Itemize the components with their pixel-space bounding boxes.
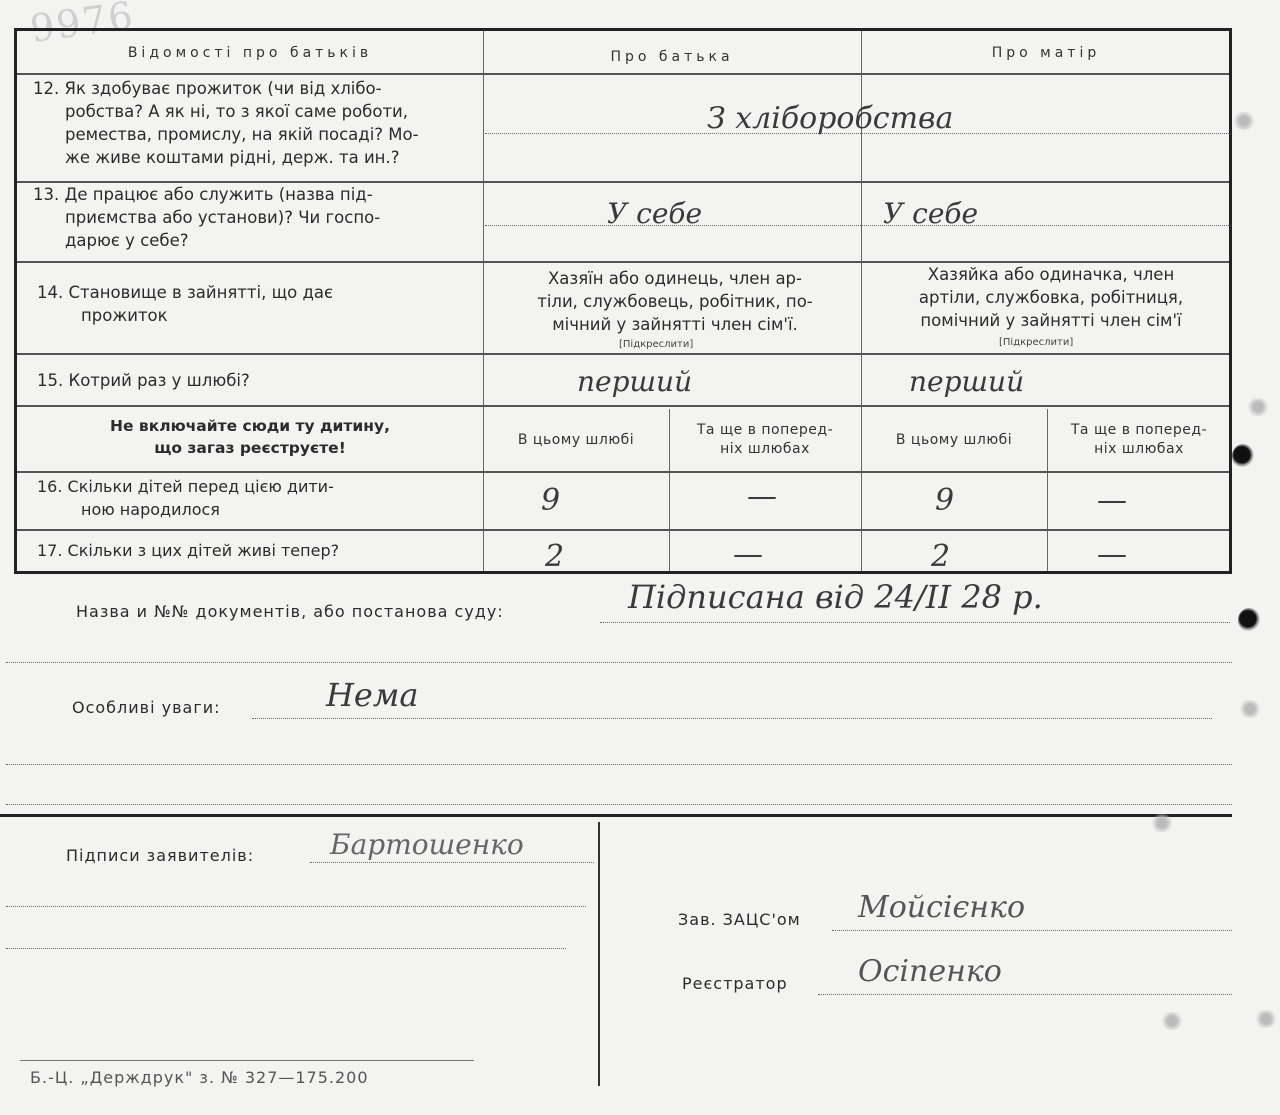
remarks-dotted-line bbox=[252, 718, 1212, 719]
question-12: 12. Як здобуває прожиток (чи від хлібо- … bbox=[33, 77, 419, 169]
binding-hole bbox=[1238, 608, 1260, 632]
question-17: 17. Скільки з цих дітей живі тепер? bbox=[37, 539, 339, 562]
parents-info-table: Відомості про батьків Про батька Про мат… bbox=[14, 28, 1232, 574]
binding-tear bbox=[1246, 398, 1270, 416]
printer-imprint: Б.-Ц. „Держдрук" з. № 327—175.200 bbox=[30, 1068, 369, 1087]
row-line bbox=[17, 405, 1229, 407]
footer-rule bbox=[20, 1060, 474, 1061]
registrar-signature: Осіпенко bbox=[858, 954, 1002, 989]
registrar-label: Реєстратор bbox=[682, 974, 788, 993]
question-13: 13. Де працює або служить (назва під- пр… bbox=[33, 183, 380, 252]
applicants-signature: Бартошенко bbox=[330, 828, 524, 861]
mother-occupation-options: Хазяйка або одиначка, член артіли, служб… bbox=[873, 263, 1229, 332]
binding-hole bbox=[1232, 444, 1254, 468]
applicants-dotted-line-2 bbox=[6, 906, 586, 907]
binding-tear bbox=[1150, 814, 1174, 832]
children-warning: Не включайте сюди ту дитину, що загаз ре… bbox=[17, 415, 483, 459]
answer-15-father: перший bbox=[577, 365, 692, 398]
q16-mother-this: 9 bbox=[935, 483, 954, 518]
documents-value: Підписана від 24/II 28 р. bbox=[628, 578, 1043, 616]
row-line bbox=[17, 471, 1229, 473]
registrar-dotted-line bbox=[818, 994, 1232, 995]
answer-13-father: У себе bbox=[607, 197, 702, 230]
mother-this-marriage-header: В цьому шлюбі bbox=[861, 431, 1047, 450]
applicants-dotted-line bbox=[310, 862, 594, 863]
father-occupation-options: Хазяїн або одинець, член ар- тіли, служб… bbox=[497, 267, 853, 336]
q17-mother-prev: — bbox=[1097, 537, 1127, 572]
header-parents-info: Відомості про батьків bbox=[17, 45, 483, 61]
head-zags-signature: Мойсієнко bbox=[858, 890, 1025, 925]
father-this-marriage-header: В цьому шлюбі bbox=[483, 431, 669, 450]
row-line bbox=[17, 353, 1229, 355]
head-zags-dotted-line bbox=[832, 930, 1232, 931]
question-14: 14. Становище в зайнятті, що дає прожито… bbox=[37, 281, 333, 327]
header-about-father: Про батька bbox=[483, 49, 861, 65]
documents-dotted-line bbox=[600, 622, 1230, 623]
col-divider-question bbox=[483, 31, 484, 571]
mother-underline-note: [Підкреслити] bbox=[999, 337, 1073, 348]
question-15: 15. Котрий раз у шлюбі? bbox=[37, 369, 250, 392]
remarks-dotted-line-3 bbox=[6, 804, 1232, 805]
header-about-mother: Про матір bbox=[861, 45, 1231, 61]
signature-divider bbox=[598, 822, 600, 1086]
applicants-dotted-line-3 bbox=[6, 948, 566, 949]
row-line bbox=[17, 529, 1229, 531]
answer-dotted-line bbox=[485, 225, 1231, 226]
mother-prev-marriages-header: Та ще в поперед- ніх шлюбах bbox=[1047, 421, 1231, 459]
q16-father-prev: — bbox=[747, 479, 777, 514]
q17-mother-this: 2 bbox=[931, 539, 950, 574]
father-prev-marriages-header: Та ще в поперед- ніх шлюбах bbox=[669, 421, 861, 459]
binding-tear bbox=[1160, 1012, 1184, 1030]
answer-13-mother: У себе bbox=[883, 197, 978, 230]
q17-father-this: 2 bbox=[545, 539, 564, 574]
father-underline-note: [Підкреслити] bbox=[619, 339, 693, 350]
head-zags-label: Зав. ЗАЦС'ом bbox=[678, 910, 801, 929]
binding-tear bbox=[1232, 112, 1256, 130]
q17-father-prev: — bbox=[733, 537, 763, 572]
answer-12-livelihood: З хліборобства bbox=[707, 101, 953, 136]
answer-15-mother: перший bbox=[909, 365, 1024, 398]
remarks-label: Особливі уваги: bbox=[72, 698, 221, 717]
separator-dotted-line bbox=[6, 662, 1232, 663]
row-line bbox=[17, 73, 1229, 75]
q16-father-this: 9 bbox=[541, 483, 560, 518]
applicants-signatures-label: Підписи заявителів: bbox=[66, 846, 254, 865]
binding-tear bbox=[1238, 700, 1262, 718]
remarks-value: Нема bbox=[326, 676, 418, 714]
remarks-dotted-line-2 bbox=[6, 764, 1232, 765]
signature-section-top-border bbox=[0, 814, 1232, 817]
q16-mother-prev: — bbox=[1097, 483, 1127, 518]
question-16: 16. Скільки дітей перед цією дити- ною н… bbox=[37, 475, 334, 521]
documents-label: Назва и №№ документів, або постанова суд… bbox=[76, 602, 504, 621]
binding-tear bbox=[1254, 1010, 1278, 1028]
